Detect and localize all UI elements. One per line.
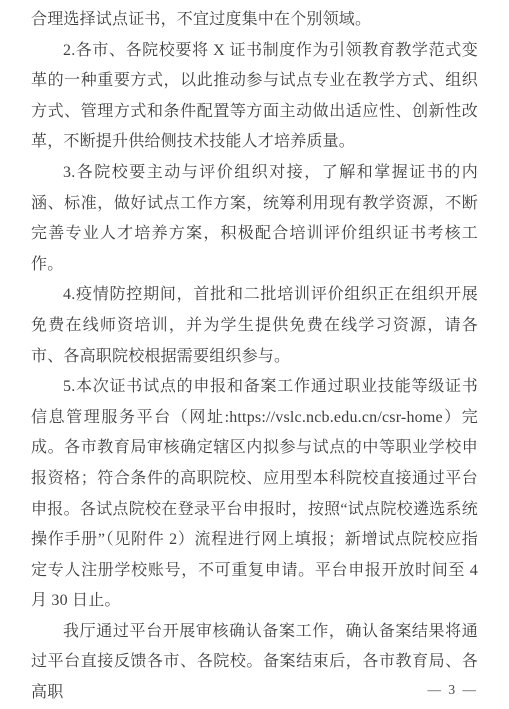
paragraph-item-4: 4.疫情防控期间，首批和二批培训评价组织正在组织开展免费在线师资培训，并为学生提… — [31, 280, 478, 372]
document-page: 合理选择试点证书，不宜过度集中在个别领域。 2.各市、各院校要将 X 证书制度作… — [0, 0, 509, 709]
page-number: — 3 — — [428, 682, 479, 698]
paragraph-item-3: 3.各院校要主动与评价组织对接，了解和掌握证书的内涵、标准，做好试点工作方案，统… — [31, 158, 478, 280]
paragraph-closing: 我厅通过平台开展审核确认备案工作，确认备案结果将通过平台直接反馈各市、各院校。备… — [31, 617, 478, 709]
paragraph-continuation: 合理选择试点证书，不宜过度集中在个别领域。 — [31, 5, 478, 36]
document-body: 合理选择试点证书，不宜过度集中在个别领域。 2.各市、各院校要将 X 证书制度作… — [31, 5, 478, 709]
paragraph-item-5: 5.本次证书试点的申报和备案工作通过职业技能等级证书信息管理服务平台（网址:ht… — [31, 372, 478, 617]
paragraph-item-2: 2.各市、各院校要将 X 证书制度作为引领教育教学范式变革的一种重要方式，以此推… — [31, 36, 478, 158]
